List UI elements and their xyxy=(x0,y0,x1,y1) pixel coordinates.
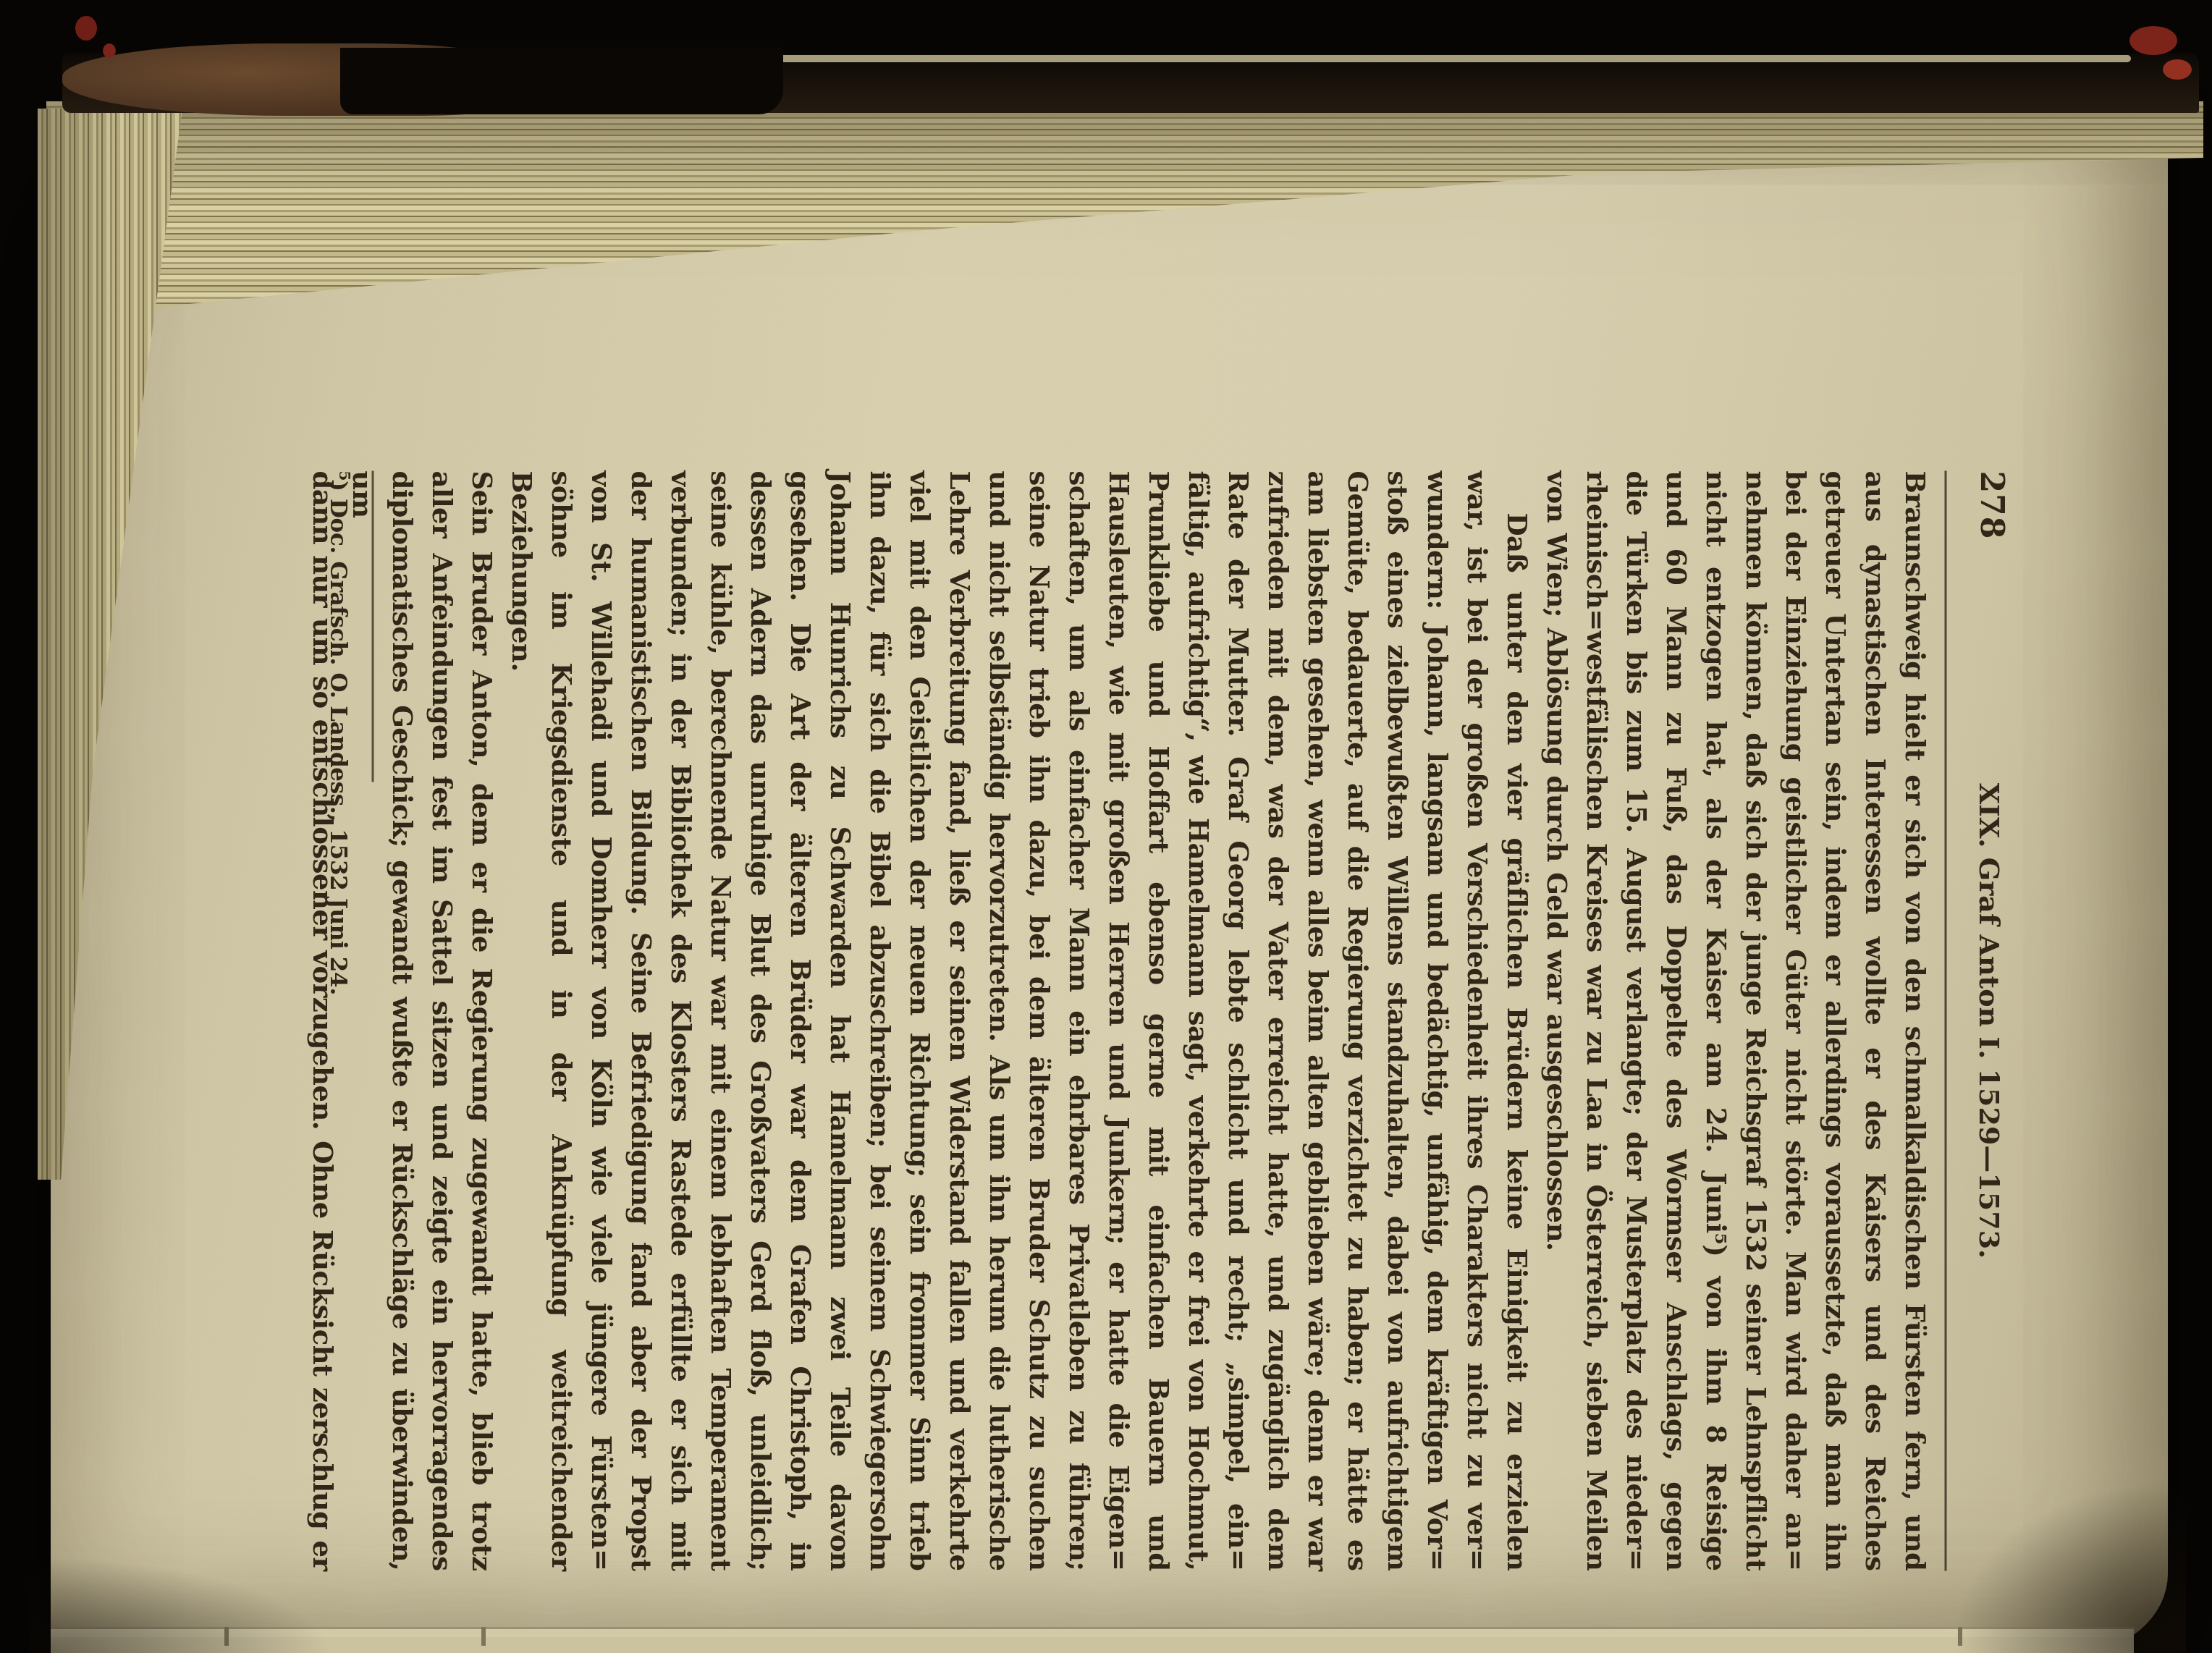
text-line: Daß unter den vier gräflichen Brüdern ke… xyxy=(1497,471,1537,1571)
red-paint-speck xyxy=(2129,26,2177,55)
running-header: 278 XIX. Graf Anton I. 1529—1573. xyxy=(1964,471,2014,1571)
text-line: rheinisch=westfälischen Kreises war zu L… xyxy=(1576,471,1616,1571)
text-line: seine Natur trieb ihn dazu, bei dem älte… xyxy=(1019,471,1059,1571)
text-line: fältig, aufrichtig“, wie Hamelmann sagt,… xyxy=(1178,471,1218,1571)
text-line: getreuer Untertan sein, indem er allerdi… xyxy=(1815,471,1855,1571)
text-line: und 60 Mann zu Fuß, das Doppelte des Wor… xyxy=(1656,471,1696,1571)
text-line: die Türken bis zum 15. August verlangte;… xyxy=(1616,471,1656,1571)
text-line: schaften, um als einfacher Mann ein ehrb… xyxy=(1059,471,1099,1571)
text-line: und nicht selbständig hervorzutreten. Al… xyxy=(979,471,1019,1571)
text-line: Rate der Mutter. Graf Georg lebte schlic… xyxy=(1218,471,1258,1571)
text-line: aus dynastischen Interessen wollte er de… xyxy=(1855,471,1895,1571)
text-line: dessen Adern das unruhige Blut des Großv… xyxy=(740,471,780,1571)
text-line: Johann Hunrichs zu Schwarden hat Hamelma… xyxy=(820,471,860,1571)
cover-fragment xyxy=(340,48,783,114)
footnote-text: ) Doc. Grafsch. O. Landess., 1532 Juni 2… xyxy=(325,481,351,995)
running-title: XIX. Graf Anton I. 1529—1573. xyxy=(1973,471,2006,1571)
header-rule xyxy=(1945,471,1947,1571)
text-line: seine kühle, berechnende Natur war mit e… xyxy=(701,471,740,1571)
red-paint-speck xyxy=(75,16,97,41)
text-line: von Wien; Ablösung durch Geld war ausges… xyxy=(1537,471,1576,1571)
text-line: Hausleuten, wie mit großen Herren und Ju… xyxy=(1099,471,1139,1571)
page-content-rotated: 278 XIX. Graf Anton I. 1529—1573. Brauns… xyxy=(51,109,2168,1653)
text-line: Braunschweig hielt er sich von den schma… xyxy=(1895,471,1935,1571)
book-photo: 278 XIX. Graf Anton I. 1529—1573. Brauns… xyxy=(0,0,2212,1653)
text-line: gesehen. Die Art der älteren Brüder war … xyxy=(780,471,820,1571)
footnote-marker: 5 xyxy=(336,471,353,481)
text-line: Lehre Verbreitung fand, ließ er seinen W… xyxy=(940,471,979,1571)
text-line: söhne im Kriegsdienste und in der Anknüp… xyxy=(502,471,581,1571)
red-paint-speck xyxy=(103,43,116,58)
text-line: viel mit den Geistlichen der neuen Richt… xyxy=(900,471,940,1571)
text-line: aller Anfeindungen fest im Sattel sitzen… xyxy=(422,471,462,1571)
footnote-rule xyxy=(372,471,374,782)
body-text: Braunschweig hielt er sich von den schma… xyxy=(303,471,1935,1571)
text-line: nehmen können, daß sich der junge Reichs… xyxy=(1736,471,1776,1571)
text-line: stoß eines zielbewußten Willens standzuh… xyxy=(1377,471,1417,1571)
text-line: am liebsten gesehen, wenn alles beim alt… xyxy=(1298,471,1338,1571)
text-line: zufrieden mit dem, was der Vater erreich… xyxy=(1258,471,1298,1571)
text-line: wundern: Johann, langsam und bedächtig, … xyxy=(1417,471,1457,1571)
red-paint-speck xyxy=(2163,59,2192,80)
text-line: Gemüte, bedauerte, auf die Regierung ver… xyxy=(1338,471,1377,1571)
text-line: war, ist bei der großen Verschiedenheit … xyxy=(1457,471,1497,1571)
footnote: 5) Doc. Grafsch. O. Landess., 1532 Juni … xyxy=(323,471,359,1571)
text-line: bei der Einziehung geistlicher Güter nic… xyxy=(1776,471,1815,1571)
text-line: verbunden; in der Bibliothek des Kloster… xyxy=(661,471,701,1571)
text-line: ihn dazu, für sich die Bibel abzuschreib… xyxy=(860,471,900,1571)
text-line: nicht entzogen hat, als der Kaiser am 24… xyxy=(1696,471,1736,1571)
text-line: Prunkliebe und Hoffart ebenso gerne mit … xyxy=(1139,471,1178,1571)
text-line: von St. Willehadi und Domherr von Köln w… xyxy=(581,471,621,1571)
text-line: Sein Bruder Anton, dem er die Regierung … xyxy=(462,471,502,1571)
text-line: der humanistischen Bildung. Seine Befrie… xyxy=(621,471,661,1571)
